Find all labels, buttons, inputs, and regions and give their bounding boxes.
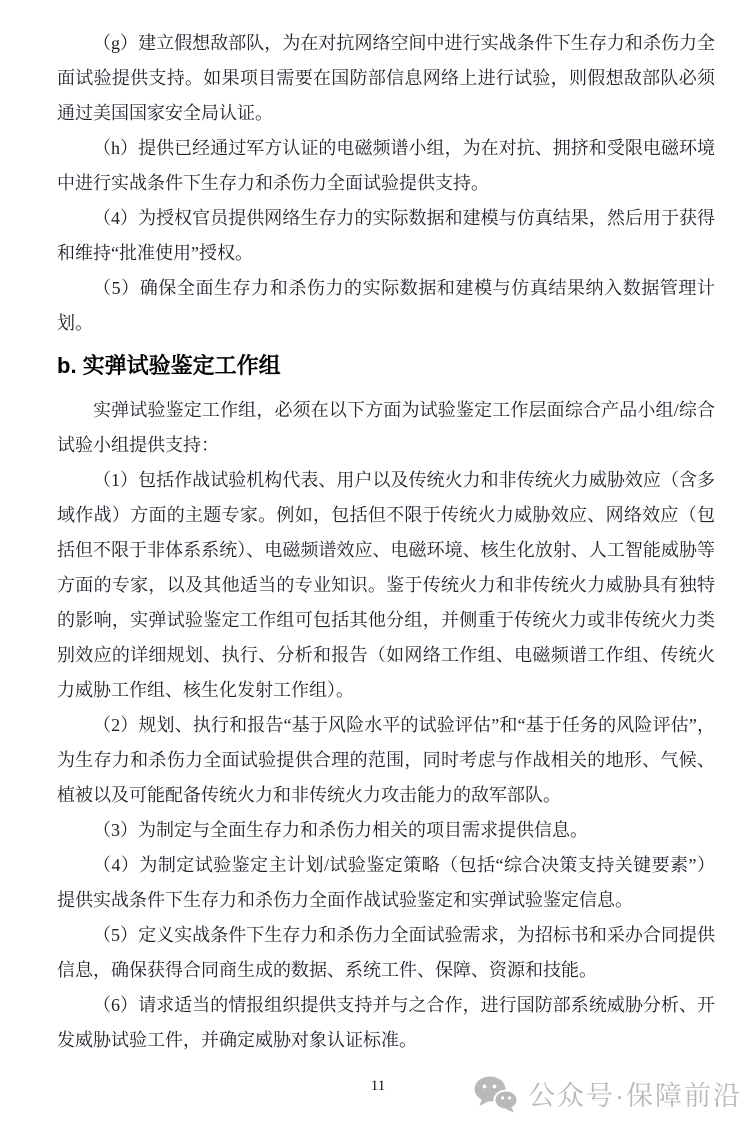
paragraph: 实弹试验鉴定工作组，必须在以下方面为试验鉴定工作层面综合产品小组/综合试验小组提… <box>57 393 715 463</box>
paragraph: （4）为制定试验鉴定主计划/试验鉴定策略（包括“综合决策支持关键要素”）提供实战… <box>57 848 715 918</box>
paragraph: （3）为制定与全面生存力和杀伤力相关的项目需求提供信息。 <box>57 813 715 848</box>
document-content: （g）建立假想敌部队，为在对抗网络空间中进行实战条件下生存力和杀伤力全面试验提供… <box>0 0 756 1058</box>
page-number: 11 <box>371 1078 385 1094</box>
paragraph: （5）确保全面生存力和杀伤力的实际数据和建模与仿真结果纳入数据管理计划。 <box>57 271 715 341</box>
section-heading: b. 实弹试验鉴定工作组 <box>57 350 715 382</box>
watermark-text: 公众号·保障前沿 <box>528 1074 742 1113</box>
paragraph: （g）建立假想敌部队，为在对抗网络空间中进行实战条件下生存力和杀伤力全面试验提供… <box>57 26 715 131</box>
watermark: 公众号·保障前沿 <box>473 1074 742 1113</box>
paragraph: （1）包括作战试验机构代表、用户以及传统火力和非传统火力威胁效应（含多域作战）方… <box>57 463 715 708</box>
document-page: （g）建立假想敌部队，为在对抗网络空间中进行实战条件下生存力和杀伤力全面试验提供… <box>0 0 756 1127</box>
paragraph: （4）为授权官员提供网络生存力的实际数据和建模与仿真结果，然后用于获得和维持“批… <box>57 201 715 271</box>
paragraph: （h）提供已经通过军方认证的电磁频谱小组，为在对抗、拥挤和受限电磁环境中进行实战… <box>57 131 715 201</box>
paragraph: （6）请求适当的情报组织提供支持并与之合作，进行国防部系统威胁分析、开发威胁试验… <box>57 988 715 1058</box>
paragraph: （5）定义实战条件下生存力和杀伤力全面试验需求，为招标书和采办合同提供信息，确保… <box>57 918 715 988</box>
wechat-icon <box>473 1075 519 1113</box>
paragraph: （2）规划、执行和报告“基于风险水平的试验评估”和“基于任务的风险评估”，为生存… <box>57 708 715 813</box>
